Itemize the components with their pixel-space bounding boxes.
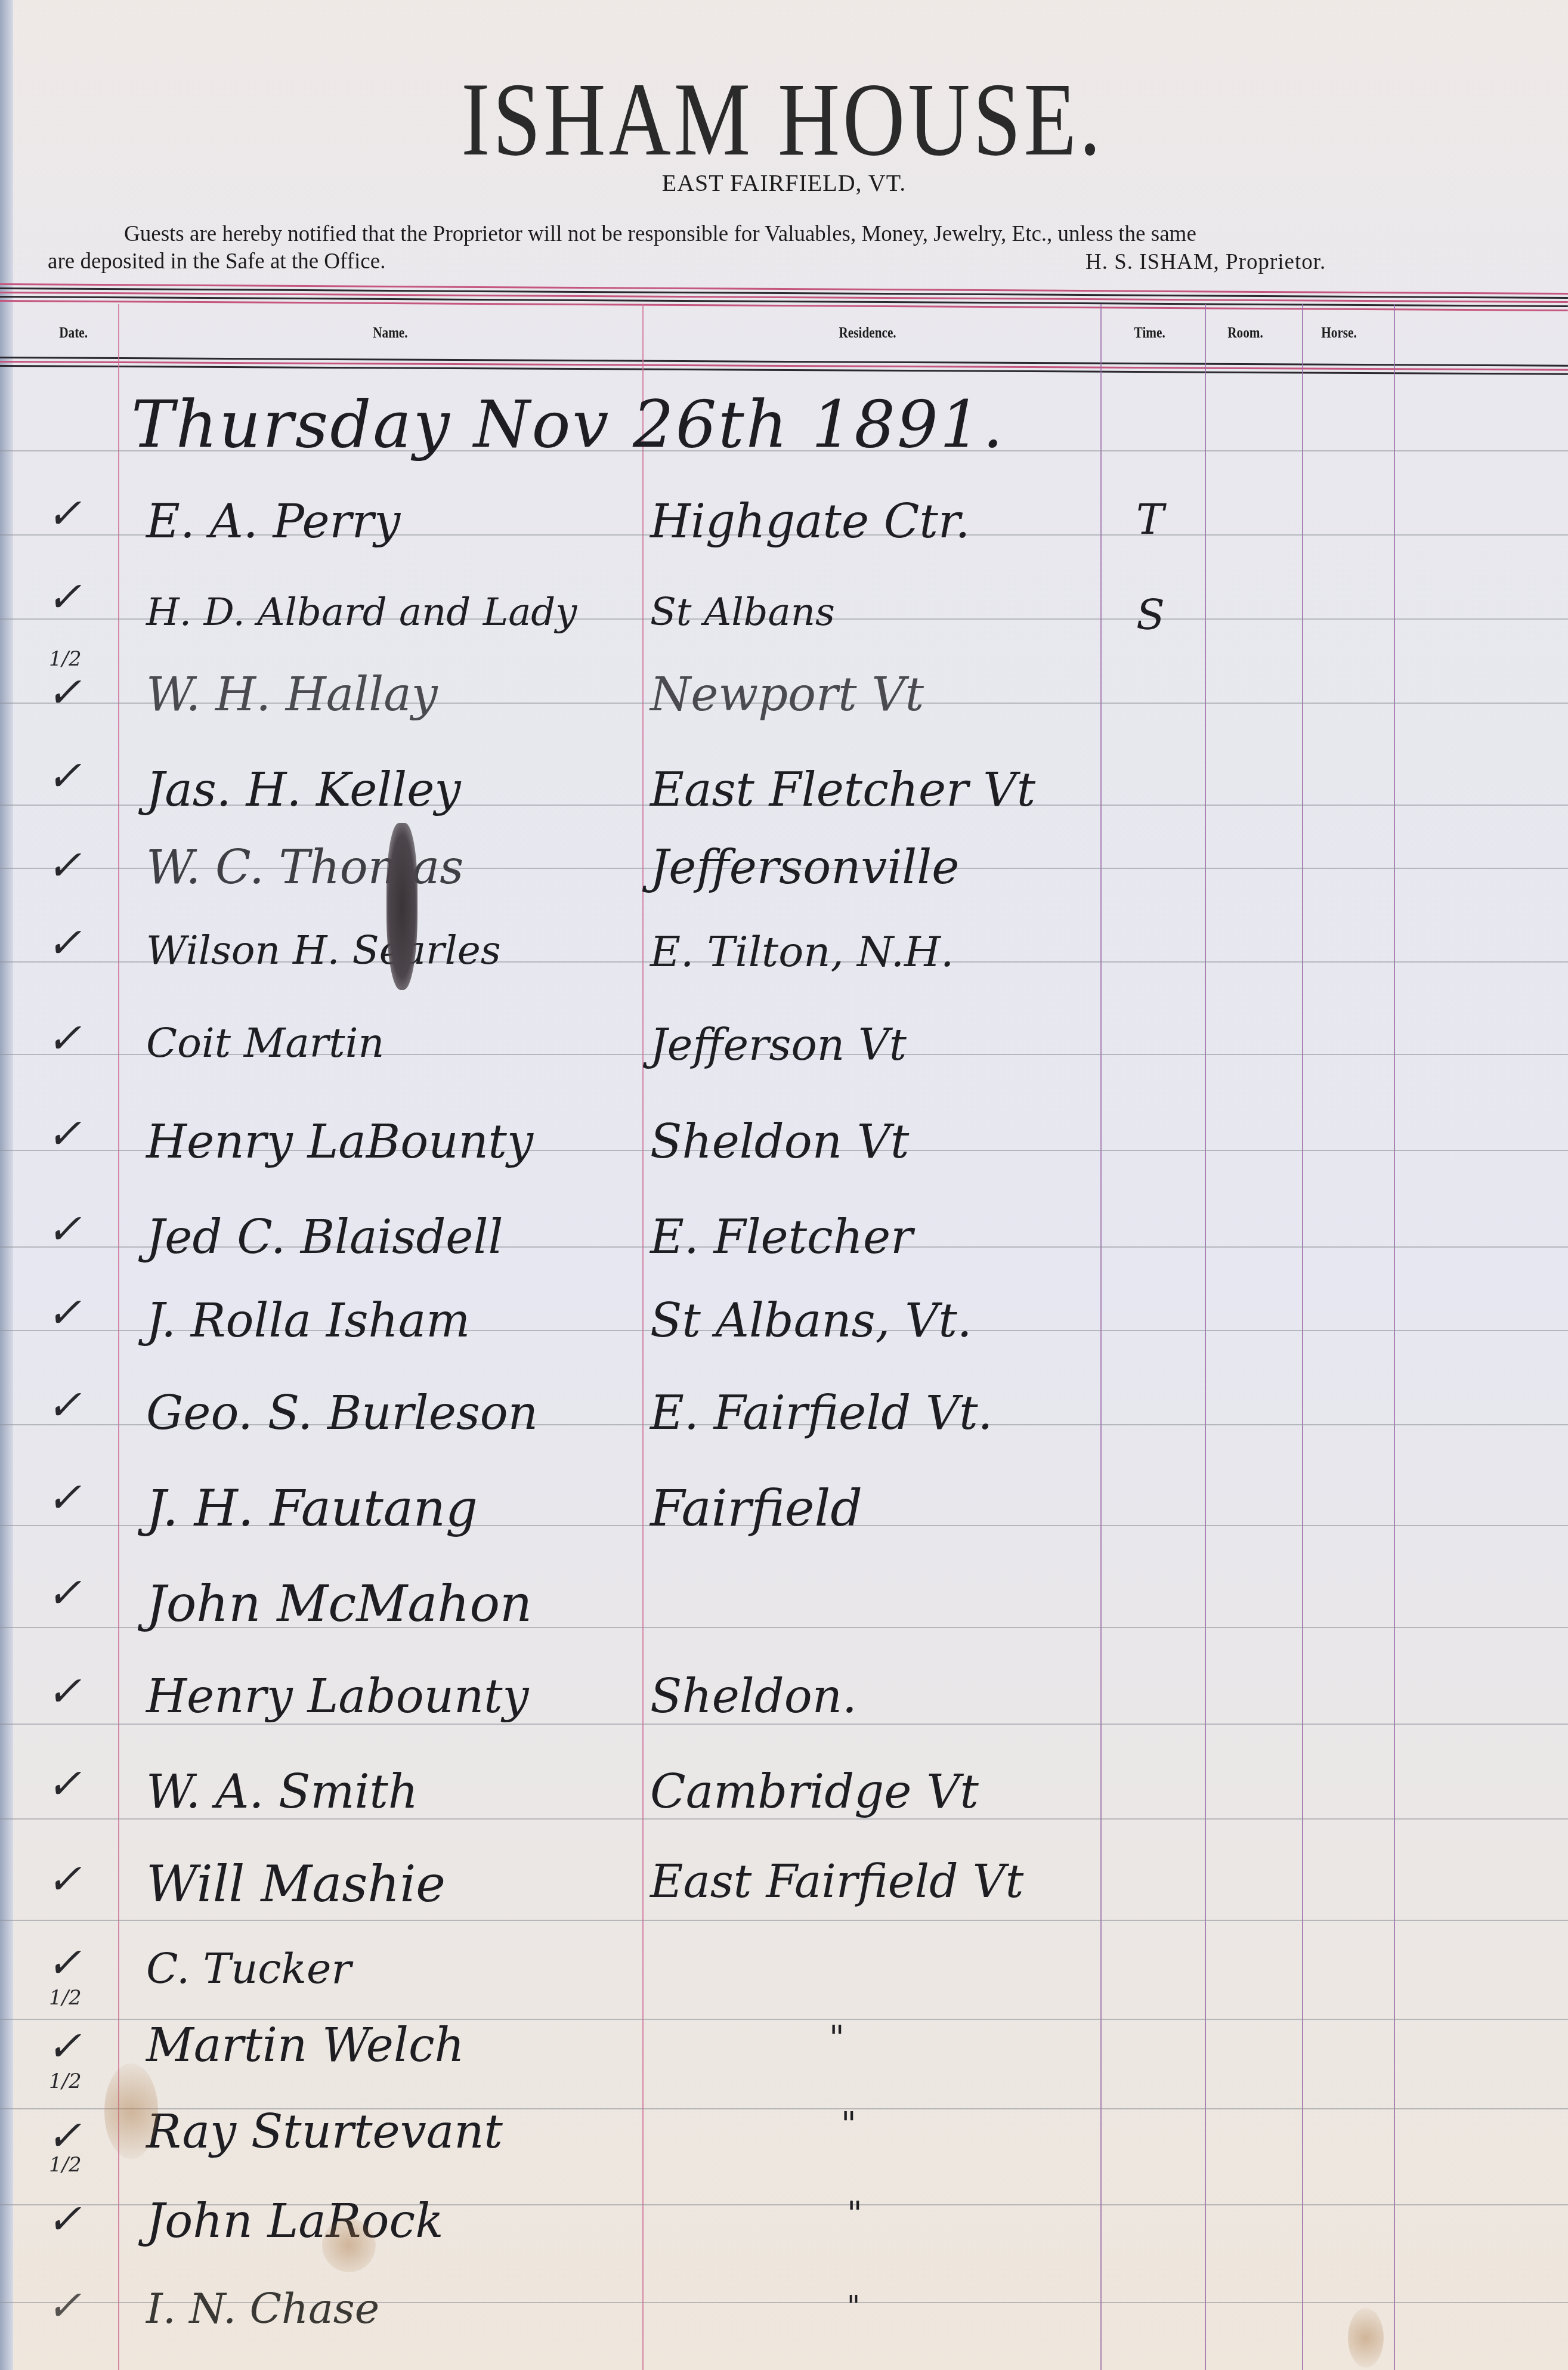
guest-time-mark: S xyxy=(1136,590,1165,639)
guest-residence: E. Fairfield Vt. xyxy=(650,1387,992,1440)
column-header-date: Date. xyxy=(59,325,88,342)
checkmark-icon: ✓ xyxy=(47,1381,82,1430)
checkmark-icon: ✓ xyxy=(47,1759,82,1808)
guest-residence: " xyxy=(841,2105,856,2144)
guest-name: H. D. Albard and Lady xyxy=(146,590,577,635)
guest-residence: E. Tilton, N.H. xyxy=(650,927,954,976)
header-rule-bottom xyxy=(0,357,1568,378)
checkmark-icon: ✓ xyxy=(47,668,82,717)
guest-residence: Cambridge Vt xyxy=(650,1765,979,1819)
guest-residence: " xyxy=(847,2290,860,2323)
column-rule-date xyxy=(118,304,119,2370)
checkmark-icon: ✓ xyxy=(47,1014,82,1063)
guest-residence: E. Fletcher xyxy=(650,1211,913,1264)
guest-name: I. N. Chase xyxy=(146,2284,379,2333)
page-edge xyxy=(0,0,13,2370)
guest-name: W. H. Hallay xyxy=(146,668,438,722)
checkmark-icon: ✓ xyxy=(47,2022,82,2071)
ink-blot xyxy=(386,823,417,990)
guest-name: Henry Labounty xyxy=(146,1670,529,1724)
guest-residence: St Albans, Vt. xyxy=(650,1294,972,1348)
guest-name: Will Mashie xyxy=(146,1855,446,1913)
guest-residence: Highgate Ctr. xyxy=(650,495,970,549)
guest-name: C. Tucker xyxy=(146,1944,351,1993)
guest-residence: " xyxy=(829,2019,845,2057)
half-fraction: 1/2 xyxy=(49,1986,82,2010)
checkmark-icon: ✓ xyxy=(47,1568,82,1617)
guest-name: John LaRock xyxy=(146,2195,443,2248)
checkmark-icon: ✓ xyxy=(47,841,82,890)
checkmark-icon: ✓ xyxy=(47,489,82,538)
proprietor-signature: H. S. ISHAM, Proprietor. xyxy=(1085,249,1326,275)
guest-name: W. A. Smith xyxy=(146,1765,418,1819)
column-rule-residence xyxy=(1100,304,1102,2370)
guest-residence: " xyxy=(847,2195,862,2233)
column-rule-time xyxy=(1205,304,1206,2370)
guest-name: Coit Martin xyxy=(146,1020,384,1067)
guest-residence: Newport Vt xyxy=(650,668,924,722)
guest-residence: East Fairfield Vt xyxy=(650,1855,1023,1908)
guest-name: Geo. S. Burleson xyxy=(146,1387,538,1440)
checkmark-icon: ✓ xyxy=(47,1667,82,1716)
checkmark-icon: ✓ xyxy=(47,1855,82,1904)
hotel-location: EAST FAIRFIELD, VT. xyxy=(0,169,1568,197)
column-header-time: Time. xyxy=(1134,325,1165,342)
column-rule-name xyxy=(642,304,644,2370)
ruled-line xyxy=(0,1920,1568,1921)
guest-name: Ray Sturtevant xyxy=(146,2105,503,2159)
guest-name: E. A. Perry xyxy=(146,495,400,549)
header-rule-top xyxy=(0,283,1568,314)
checkmark-icon: ✓ xyxy=(47,2195,82,2244)
column-rule-room xyxy=(1302,304,1303,2370)
half-fraction: 1/2 xyxy=(49,2069,82,2093)
guest-name: Wilson H. Searles xyxy=(146,927,501,973)
checkmark-icon: ✓ xyxy=(47,1938,82,1987)
paper-stain xyxy=(104,2063,158,2159)
guest-name: J. Rolla Isham xyxy=(146,1294,470,1348)
column-header-name: Name. xyxy=(373,325,407,342)
checkmark-icon: ✓ xyxy=(47,1473,82,1522)
guest-residence: Sheldon Vt xyxy=(650,1115,909,1169)
checkmark-icon: ✓ xyxy=(47,918,82,967)
checkmark-icon: ✓ xyxy=(47,2281,82,2330)
guest-residence: Jeffersonville xyxy=(650,841,959,895)
paper-stain xyxy=(322,2219,376,2272)
guest-residence: St Albans xyxy=(650,590,835,635)
column-header-residence: Residence. xyxy=(839,325,896,342)
half-fraction: 1/2 xyxy=(49,647,82,671)
register-date-heading: Thursday Nov 26th 1891. xyxy=(131,388,1005,462)
hotel-title: ISHAM HOUSE. xyxy=(140,60,1425,180)
guest-time-mark: T xyxy=(1136,495,1164,544)
half-fraction: 1/2 xyxy=(49,2153,82,2177)
guest-residence: Sheldon. xyxy=(650,1670,857,1724)
guest-name: Jed C. Blaisdell xyxy=(146,1211,503,1264)
guest-name: John McMahon xyxy=(146,1574,532,1633)
guest-name: J. H. Fautang xyxy=(146,1479,478,1537)
guest-residence: East Fletcher Vt xyxy=(650,763,1035,817)
checkmark-icon: ✓ xyxy=(47,1288,82,1337)
guest-name: Jas. H. Kelley xyxy=(146,763,460,817)
checkmark-icon: ✓ xyxy=(47,1205,82,1254)
paper-stain xyxy=(1348,2308,1384,2368)
guest-residence: Jefferson Vt xyxy=(650,1020,907,1070)
ruled-line xyxy=(0,1724,1568,1725)
checkmark-icon: ✓ xyxy=(47,1109,82,1158)
checkmark-icon: ✓ xyxy=(47,573,82,621)
column-header-room: Room. xyxy=(1227,325,1263,342)
notice-line-1: Guests are hereby notified that the Prop… xyxy=(48,221,1503,248)
column-header-horse: Horse. xyxy=(1321,325,1357,342)
guest-name: Martin Welch xyxy=(146,2019,465,2072)
guest-name: Henry LaBounty xyxy=(146,1115,533,1169)
checkmark-icon: ✓ xyxy=(47,751,82,800)
column-rule-horse xyxy=(1394,304,1395,2370)
guest-residence: Fairfield xyxy=(650,1479,862,1537)
